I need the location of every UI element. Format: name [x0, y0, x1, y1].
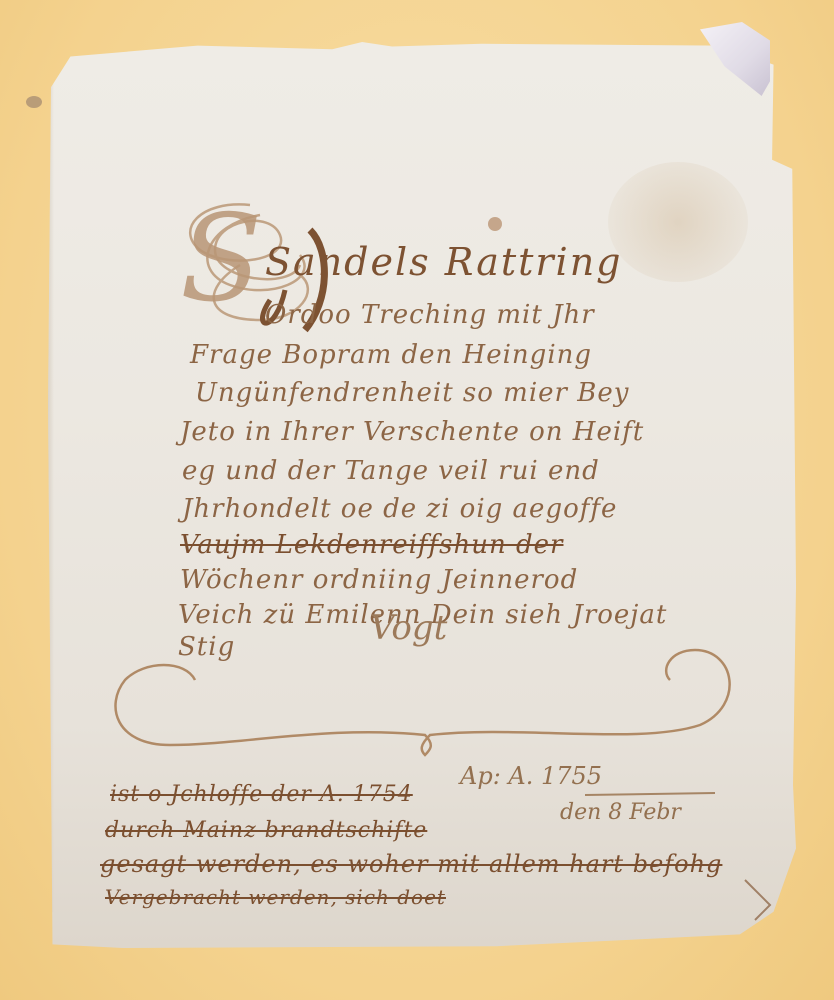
struck-body-line: Vaujm Lekdenreiffshun der [180, 530, 563, 560]
signature: Vogt [370, 608, 447, 648]
struck-footer-line: durch Mainz brandtschifte [105, 818, 427, 843]
body-line: eg und der Tange veil rui end [182, 456, 600, 486]
decorated-initial: S [180, 200, 262, 320]
body-line: Jhrhondelt oe de zi oig aegoffe [182, 494, 617, 524]
struck-footer-line: Vergebracht werden, sich doet [105, 885, 446, 909]
document-title: Sandels Rattring [265, 240, 623, 284]
body-line: Ungünfendrenheit so mier Bey [195, 378, 629, 408]
body-line: Jeto in Ihrer Verschente on Heift [180, 417, 644, 447]
struck-footer-line: gesagt werden, es woher mit allem hart b… [100, 850, 722, 878]
body-line: Wöchenr ordniing Jeinnerod [180, 565, 578, 595]
water-stain [608, 162, 748, 282]
body-line: Stig [178, 632, 235, 662]
body-line: Ordoo Treching mit Jhr [265, 300, 595, 330]
struck-footer-line: ist o Jchloffe der A. 1754 [110, 782, 413, 807]
date-line-2: den 8 Febr [560, 800, 681, 825]
ink-spot [488, 217, 502, 231]
binding-thread [26, 96, 42, 108]
body-line: Frage Bopram den Heinging [190, 340, 592, 370]
date-line-1: Ap: A. 1755 [460, 762, 602, 790]
